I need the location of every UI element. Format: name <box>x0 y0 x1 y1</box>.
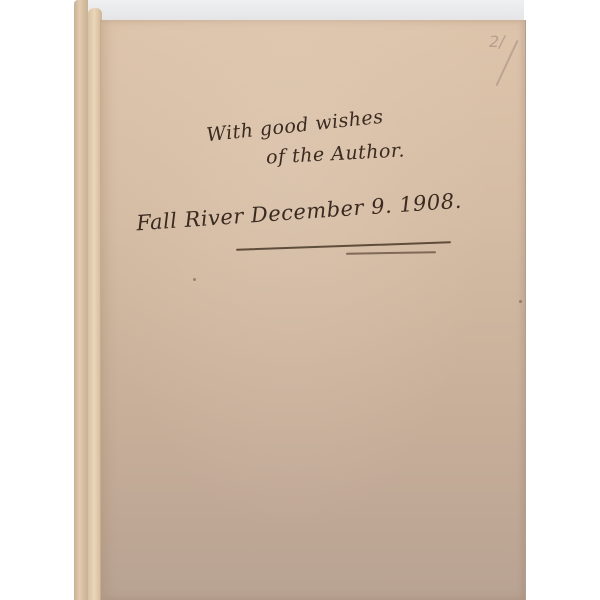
inscription-underline <box>236 241 451 251</box>
book-photo: 2/ With good wishes of the Author. Fall … <box>0 0 600 600</box>
book-cover-edge <box>74 0 88 600</box>
background-right <box>524 0 600 600</box>
handwritten-inscription: With good wishes of the Author. Fall Riv… <box>131 105 511 265</box>
background-left <box>0 0 74 600</box>
inscription-underline-short <box>346 251 436 254</box>
flyleaf-page: 2/ With good wishes of the Author. Fall … <box>100 20 526 600</box>
pencil-annotation-text: 2/ <box>489 32 505 51</box>
paper-speck <box>193 278 196 281</box>
inscription-line-2: of the Author. <box>266 139 406 168</box>
inscription-line-1: With good wishes <box>205 106 384 146</box>
inscription-line-3: Fall River December 9. 1908. <box>136 189 463 236</box>
background-top <box>88 0 524 22</box>
paper-speck <box>519 300 522 303</box>
pencil-annotation: 2/ <box>489 32 529 92</box>
